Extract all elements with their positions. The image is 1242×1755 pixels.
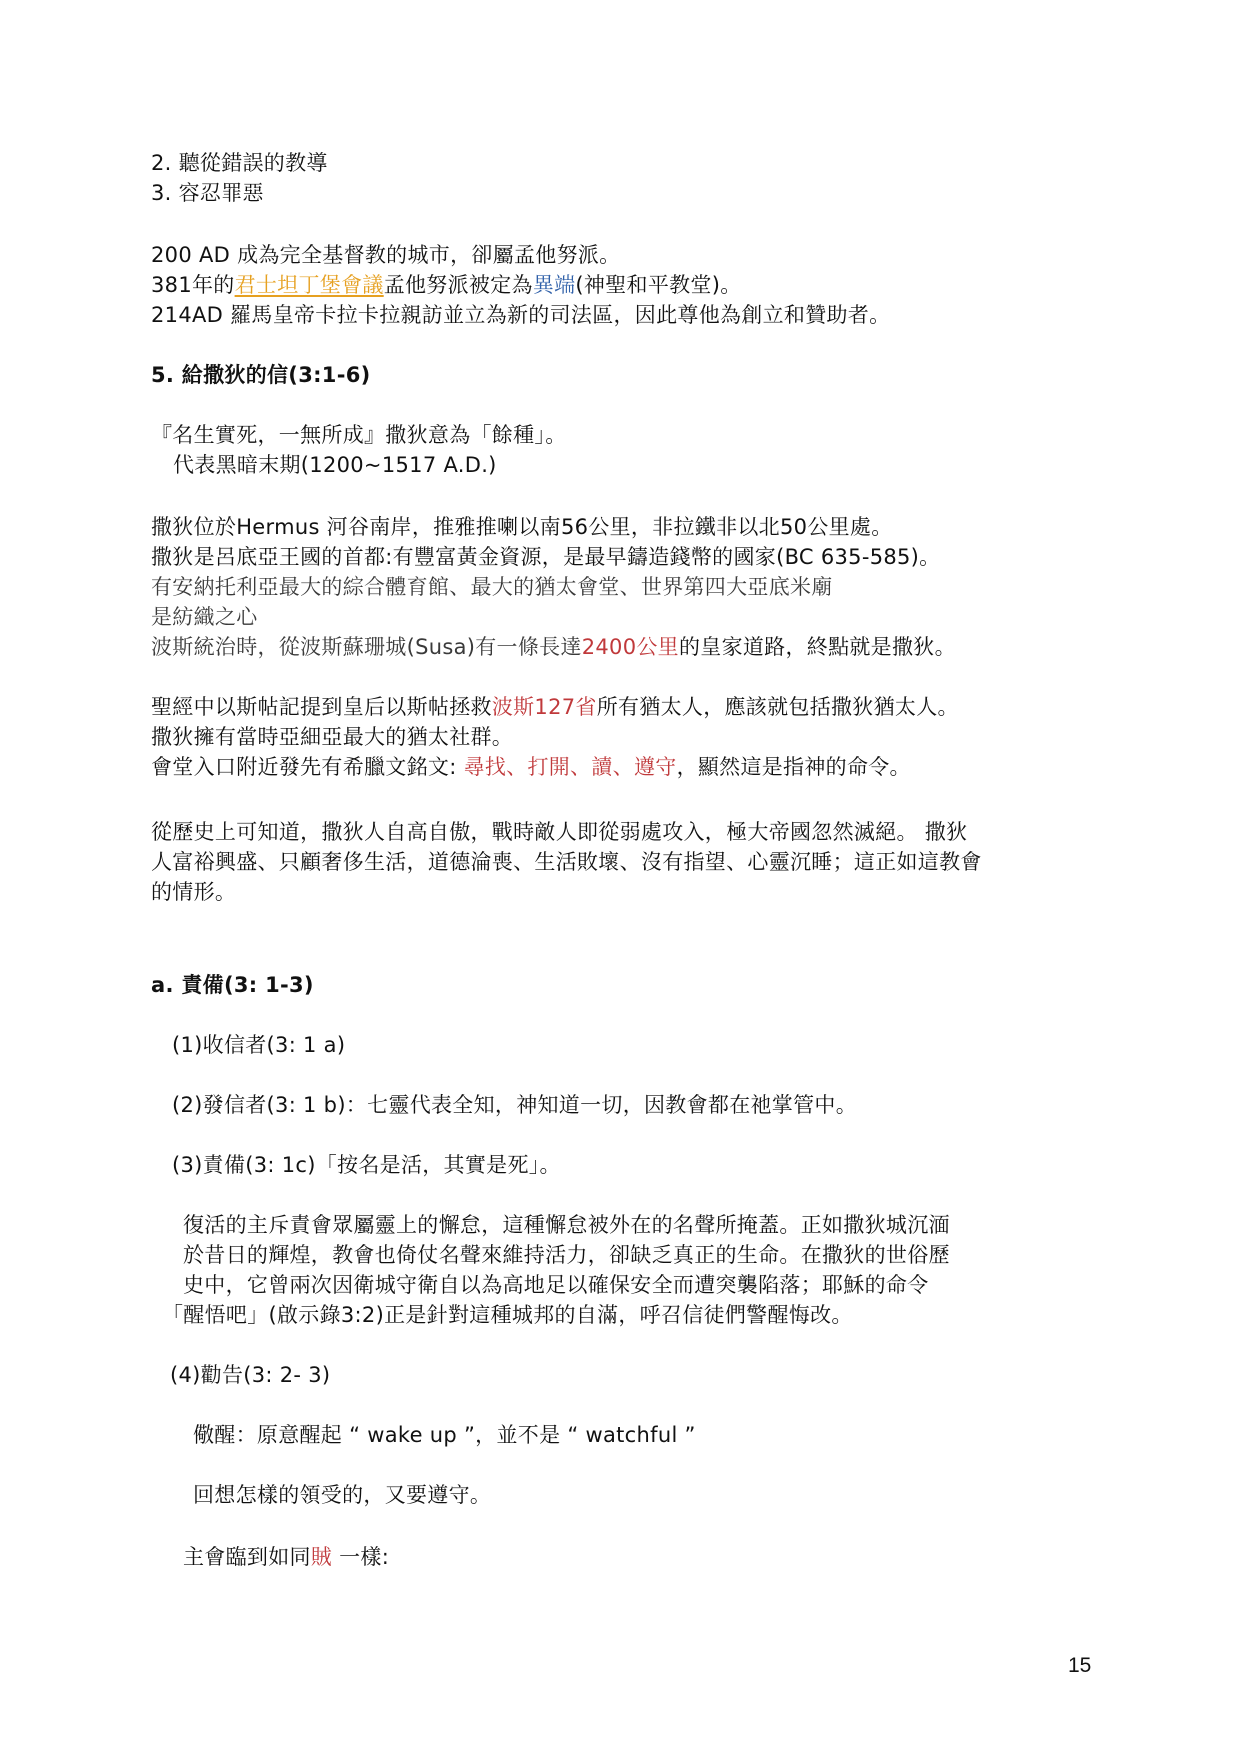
council-link[interactable]: 君士坦丁堡會議	[235, 273, 384, 297]
jewish-line-3-suffix: ，顯然這是指神的命令。	[677, 755, 911, 779]
jewish-line-3-prefix: 會堂入口附近發先有希臘文銘文:	[151, 755, 464, 779]
jewish-line-1-suffix: 所有猶太人，應該就包括撒狄猶太人。	[597, 695, 959, 719]
geography-line-5-prefix: 波斯統治時，從波斯蘇珊城(Susa)有一條長達	[151, 635, 582, 659]
point-4-exhortation: (4)勸告(3: 2- 3)	[170, 1360, 330, 1390]
geography-line-5: 波斯統治時，從波斯蘇珊城(Susa)有一條長達2400公里的皇家道路，終點就是撒…	[151, 632, 956, 662]
list-item-3: 3. 容忍罪惡	[151, 178, 264, 208]
geography-line-2: 撒狄是呂底亞王國的首都:有豐富黃金資源，是最早鑄造錢幣的國家(BC 635-58…	[151, 542, 940, 572]
history-line-3: 214AD 羅馬皇帝卡拉卡拉親訪並立為新的司法區，因此尊他為創立和贊助者。	[151, 300, 890, 330]
point-1-recipient: (1)收信者(3: 1 a)	[172, 1030, 345, 1060]
rebuke-para-line-2: 於昔日的輝煌，教會也倚仗名聲來維持活力，卻缺乏真正的生命。在撒狄的世俗歷	[183, 1240, 950, 1270]
rebuke-para-line-1: 復活的主斥責會眾屬靈上的懈怠，這種懈怠被外在的名聲所掩蓋。正如撒狄城沉湎	[183, 1210, 950, 1240]
lesson-line-1: 從歷史上可知道，撒狄人自高自傲，戰時敵人即從弱處攻入，極大帝國忽然滅絕。 撒狄	[151, 817, 967, 847]
history-line-2: 381年的君士坦丁堡會議孟他努派被定為異端(神聖和平教堂)。	[151, 270, 742, 300]
subsection-a-heading: a. 責備(3: 1-3)	[151, 970, 314, 1000]
page-number: 15	[1068, 1654, 1091, 1678]
history-line-2-mid: 孟他努派被定為	[384, 273, 533, 297]
jewish-line-1: 聖經中以斯帖記提到皇后以斯帖拯救波斯127省所有猶太人，應該就包括撒狄猶太人。	[151, 692, 959, 722]
rebuke-para-line-3: 史中，它曾兩次因衛城守衛自以為高地足以確保安全而遭突襲陷落；耶穌的命令	[183, 1270, 929, 1300]
lesson-line-2: 人富裕興盛、只顧奢侈生活，道德淪喪、生活敗壞、沒有指望、心靈沉睡；這正如這教會	[151, 847, 982, 877]
thief-line-suffix: 一樣:	[332, 1545, 389, 1569]
lesson-line-3: 的情形。	[151, 877, 236, 907]
geography-line-1: 撒狄位於Hermus 河谷南岸，推雅推喇以南56公里，非拉鐵非以北50公里處。	[151, 512, 893, 542]
geography-line-4: 是紡織之心	[151, 602, 258, 632]
point-3-rebuke: (3)責備(3: 1c)「按名是活，其實是死」。	[172, 1150, 561, 1180]
jewish-line-2: 撒狄擁有當時亞細亞最大的猶太社群。	[151, 722, 513, 752]
history-line-2-suffix: (神聖和平教堂)。	[575, 273, 741, 297]
thief-line-prefix: 主會臨到如同	[183, 1545, 311, 1569]
section-5-heading: 5. 給撒狄的信(3:1-6)	[151, 360, 371, 390]
thief-highlight: 賊	[311, 1545, 332, 1569]
thief-line: 主會臨到如同賊 一樣:	[183, 1542, 389, 1572]
point-2-sender: (2)發信者(3: 1 b)：七靈代表全知，神知道一切，因教會都在祂掌管中。	[172, 1090, 857, 1120]
road-length-highlight: 2400公里	[582, 635, 679, 659]
sardis-motto: 『名生實死，一無所成』撒狄意為「餘種」。	[151, 420, 567, 450]
jewish-line-3: 會堂入口附近發先有希臘文銘文: 尋找、打開、讀、遵守，顯然這是指神的命令。	[151, 752, 911, 782]
list-item-2: 2. 聽從錯誤的教導	[151, 148, 328, 178]
watch-definition: 儆醒：原意醒起 “ wake up ”，並不是 “ watchful ”	[193, 1420, 696, 1450]
history-line-1: 200 AD 成為完全基督教的城市，卻屬孟他努派。	[151, 240, 620, 270]
jewish-line-1-prefix: 聖經中以斯帖記提到皇后以斯帖拯救	[151, 695, 492, 719]
inscription-highlight: 尋找、打開、讀、遵守	[464, 755, 677, 779]
remember-instruction: 回想怎樣的領受的，又要遵守。	[193, 1480, 491, 1510]
geography-line-5-suffix: 的皇家道路，終點就是撒狄。	[679, 635, 956, 659]
provinces-highlight: 波斯127省	[492, 695, 597, 719]
dark-age-period: 代表黑暗末期(1200~1517 A.D.)	[173, 450, 497, 480]
history-line-2-prefix: 381年的	[151, 273, 235, 297]
document-page: 2. 聽從錯誤的教導 3. 容忍罪惡 200 AD 成為完全基督教的城市，卻屬孟…	[0, 0, 1242, 1755]
rebuke-para-line-4: 「醒悟吧」(啟示錄3:2)正是針對這種城邦的自滿，呼召信徒們警醒悔改。	[162, 1300, 853, 1330]
heresy-highlight: 異端	[533, 273, 576, 297]
geography-line-3: 有安納托利亞最大的綜合體育館、最大的猶太會堂、世界第四大亞底米廟	[151, 572, 833, 602]
